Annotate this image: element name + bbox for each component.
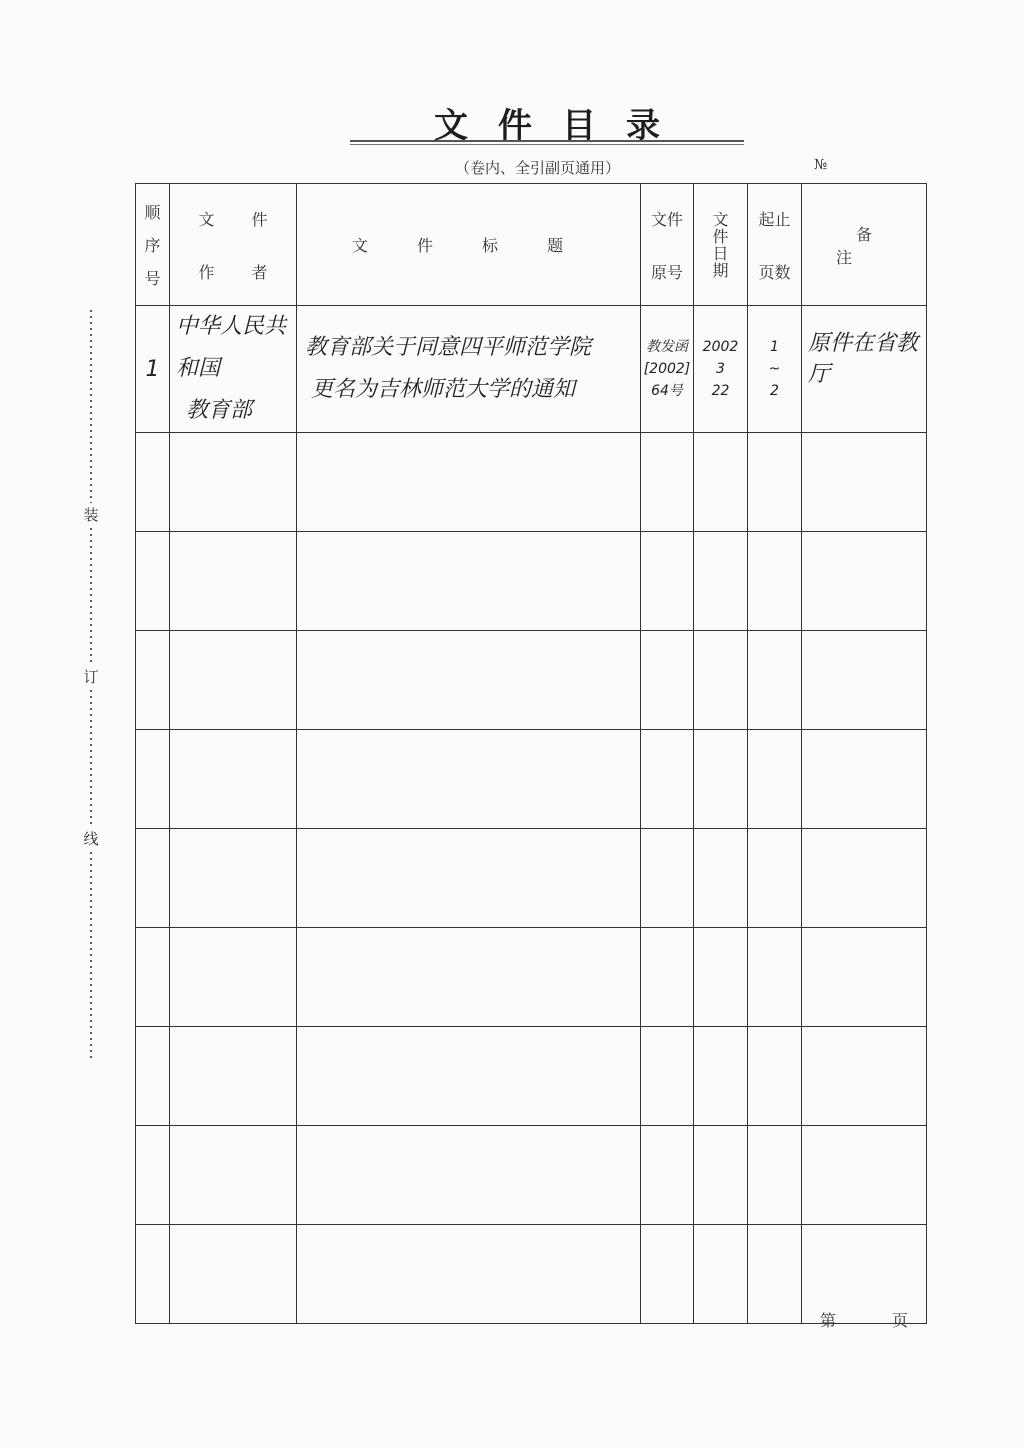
date-day: 22 bbox=[694, 380, 747, 402]
cell-pages[interactable] bbox=[748, 433, 802, 532]
table-row bbox=[136, 1225, 927, 1324]
cell-author[interactable] bbox=[170, 433, 297, 532]
cell-remarks[interactable] bbox=[802, 928, 927, 1027]
cell-title[interactable] bbox=[297, 829, 641, 928]
cell-author[interactable] bbox=[170, 1225, 297, 1324]
header-seq-char: 顺 bbox=[144, 200, 160, 223]
title-underline bbox=[350, 140, 744, 142]
binding-char-zhuang: 装 bbox=[82, 504, 100, 525]
header-author-line2: 作 者 bbox=[182, 260, 283, 283]
cell-author[interactable] bbox=[170, 1027, 297, 1126]
cell-remarks[interactable] bbox=[802, 1126, 927, 1225]
header-seq-char: 序 bbox=[144, 233, 160, 256]
cell-pages[interactable] bbox=[748, 1225, 802, 1324]
cell-title[interactable] bbox=[297, 631, 641, 730]
cell-author[interactable] bbox=[170, 730, 297, 829]
header-author-line1: 文 件 bbox=[182, 207, 283, 230]
header-pages: 起止 页数 bbox=[748, 184, 802, 306]
cell-doc-no[interactable]: 教发函 [2002] 64号 bbox=[641, 306, 694, 433]
table-row bbox=[136, 433, 927, 532]
cell-doc-no[interactable] bbox=[641, 829, 694, 928]
cell-author[interactable] bbox=[170, 928, 297, 1027]
header-date-char: 件 bbox=[712, 228, 728, 245]
title-line1: 教育部关于同意四平师范学院 bbox=[297, 327, 640, 369]
cell-remarks[interactable] bbox=[802, 1027, 927, 1126]
cell-seq[interactable] bbox=[136, 1126, 170, 1225]
cell-seq[interactable] bbox=[136, 928, 170, 1027]
table-row: 1 中华人民共和国 教育部 教育部关于同意四平师范学院 更名为吉林师范大学的通知… bbox=[136, 306, 927, 433]
doc-no-line1: 教发函 bbox=[641, 336, 693, 358]
cell-title[interactable]: 教育部关于同意四平师范学院 更名为吉林师范大学的通知 bbox=[297, 306, 641, 433]
doc-no-line2: [2002] bbox=[641, 358, 693, 380]
header-date-char: 文 bbox=[712, 211, 728, 228]
binding-char-xian: 线 bbox=[82, 828, 100, 849]
cell-pages[interactable] bbox=[748, 532, 802, 631]
cell-title[interactable] bbox=[297, 928, 641, 1027]
cell-remarks[interactable] bbox=[802, 433, 927, 532]
cell-date[interactable] bbox=[694, 829, 748, 928]
table-row bbox=[136, 928, 927, 1027]
header-doc-no-line1: 文件 bbox=[651, 207, 683, 230]
cell-date[interactable] bbox=[694, 1225, 748, 1324]
cell-title[interactable] bbox=[297, 1225, 641, 1324]
cell-seq[interactable] bbox=[136, 433, 170, 532]
header-remarks: 备 注 bbox=[802, 184, 927, 306]
author-line2: 教育部 bbox=[170, 390, 296, 432]
header-doc-no-line2: 原号 bbox=[651, 260, 683, 283]
title-line2: 更名为吉林师范大学的通知 bbox=[297, 369, 640, 411]
date-year: 2002 bbox=[694, 336, 747, 358]
file-catalog-table: 顺 序 号 文 件 作 者 文 件 标 题 文件 原号 文 件 日 bbox=[135, 183, 927, 1324]
table-row bbox=[136, 1027, 927, 1126]
header-pages-line2: 页数 bbox=[758, 260, 790, 283]
cell-remarks[interactable] bbox=[802, 631, 927, 730]
cell-doc-no[interactable] bbox=[641, 730, 694, 829]
document-subtitle: （卷内、全引副页通用） bbox=[455, 157, 620, 178]
title-underline-thin bbox=[350, 144, 744, 145]
cell-title[interactable] bbox=[297, 730, 641, 829]
binding-char-ding: 订 bbox=[82, 666, 100, 687]
cell-date[interactable] bbox=[694, 1126, 748, 1225]
cell-seq[interactable] bbox=[136, 532, 170, 631]
cell-seq[interactable] bbox=[136, 1027, 170, 1126]
dotted-line-segment bbox=[90, 688, 92, 828]
header-author: 文 件 作 者 bbox=[170, 184, 297, 306]
cell-date[interactable] bbox=[694, 433, 748, 532]
header-doc-no: 文件 原号 bbox=[641, 184, 694, 306]
page-suffix-label: 页 bbox=[892, 1308, 908, 1331]
cell-remarks[interactable] bbox=[802, 532, 927, 631]
cell-doc-no[interactable] bbox=[641, 928, 694, 1027]
dotted-line-segment bbox=[90, 526, 92, 666]
cell-remarks[interactable] bbox=[802, 730, 927, 829]
cell-title[interactable] bbox=[297, 1027, 641, 1126]
cell-doc-no[interactable] bbox=[641, 532, 694, 631]
cell-doc-no[interactable] bbox=[641, 1126, 694, 1225]
document-title: 文件目录 bbox=[350, 98, 744, 144]
binding-margin-line: 装 订 线 bbox=[88, 308, 94, 1060]
author-line1: 中华人民共和国 bbox=[170, 306, 296, 390]
page-prefix-label: 第 bbox=[820, 1308, 836, 1331]
dotted-line-segment bbox=[90, 308, 92, 503]
number-label: № bbox=[814, 157, 827, 173]
header-date-char: 日 bbox=[712, 245, 728, 262]
cell-date[interactable] bbox=[694, 730, 748, 829]
cell-author[interactable]: 中华人民共和国 教育部 bbox=[170, 306, 297, 433]
cell-title[interactable] bbox=[297, 532, 641, 631]
cell-seq[interactable]: 1 bbox=[136, 306, 170, 433]
cell-seq[interactable] bbox=[136, 829, 170, 928]
doc-no-line3: 64号 bbox=[641, 380, 693, 402]
header-title: 文 件 标 题 bbox=[297, 184, 641, 306]
dotted-line-segment bbox=[90, 850, 92, 1060]
cell-date[interactable] bbox=[694, 631, 748, 730]
cell-date[interactable]: 2002 3 22 bbox=[694, 306, 748, 433]
cell-doc-no[interactable] bbox=[641, 631, 694, 730]
cell-date[interactable] bbox=[694, 532, 748, 631]
pages-end: 2 bbox=[748, 380, 801, 402]
cell-remarks[interactable] bbox=[802, 829, 927, 928]
cell-doc-no[interactable] bbox=[641, 1225, 694, 1324]
cell-doc-no[interactable] bbox=[641, 1027, 694, 1126]
cell-title[interactable] bbox=[297, 433, 641, 532]
cell-author[interactable] bbox=[170, 1126, 297, 1225]
cell-author[interactable] bbox=[170, 829, 297, 928]
cell-remarks[interactable]: 原件在省教厅 bbox=[802, 306, 927, 433]
header-seq: 顺 序 号 bbox=[136, 184, 170, 306]
pages-sep: ~ bbox=[748, 358, 801, 380]
cell-author[interactable] bbox=[170, 631, 297, 730]
cell-date[interactable] bbox=[694, 928, 748, 1027]
cell-seq[interactable] bbox=[136, 631, 170, 730]
pages-start: 1 bbox=[748, 336, 801, 358]
remarks-value: 原件在省教厅 bbox=[802, 326, 926, 388]
cell-pages[interactable] bbox=[748, 631, 802, 730]
cell-pages[interactable]: 1 ~ 2 bbox=[748, 306, 802, 433]
cell-pages[interactable] bbox=[748, 1027, 802, 1126]
cell-seq[interactable] bbox=[136, 730, 170, 829]
table-header-row: 顺 序 号 文 件 作 者 文 件 标 题 文件 原号 文 件 日 bbox=[136, 184, 927, 306]
date-month: 3 bbox=[694, 358, 747, 380]
cell-date[interactable] bbox=[694, 1027, 748, 1126]
table-row bbox=[136, 532, 927, 631]
header-date-char: 期 bbox=[712, 262, 728, 279]
cell-pages[interactable] bbox=[748, 928, 802, 1027]
cell-seq[interactable] bbox=[136, 1225, 170, 1324]
table-row bbox=[136, 631, 927, 730]
header-title-label: 文 件 标 题 bbox=[352, 236, 585, 255]
cell-title[interactable] bbox=[297, 1126, 641, 1225]
table-row bbox=[136, 829, 927, 928]
cell-author[interactable] bbox=[170, 532, 297, 631]
table-row bbox=[136, 1126, 927, 1225]
cell-pages[interactable] bbox=[748, 730, 802, 829]
cell-pages[interactable] bbox=[748, 829, 802, 928]
header-date: 文 件 日 期 bbox=[694, 184, 748, 306]
seq-value: 1 bbox=[136, 357, 169, 382]
header-seq-char: 号 bbox=[144, 266, 160, 289]
header-pages-line1: 起止 bbox=[758, 207, 790, 230]
cell-pages[interactable] bbox=[748, 1126, 802, 1225]
header-remarks-label: 备 注 bbox=[816, 225, 912, 267]
cell-doc-no[interactable] bbox=[641, 433, 694, 532]
table-row bbox=[136, 730, 927, 829]
